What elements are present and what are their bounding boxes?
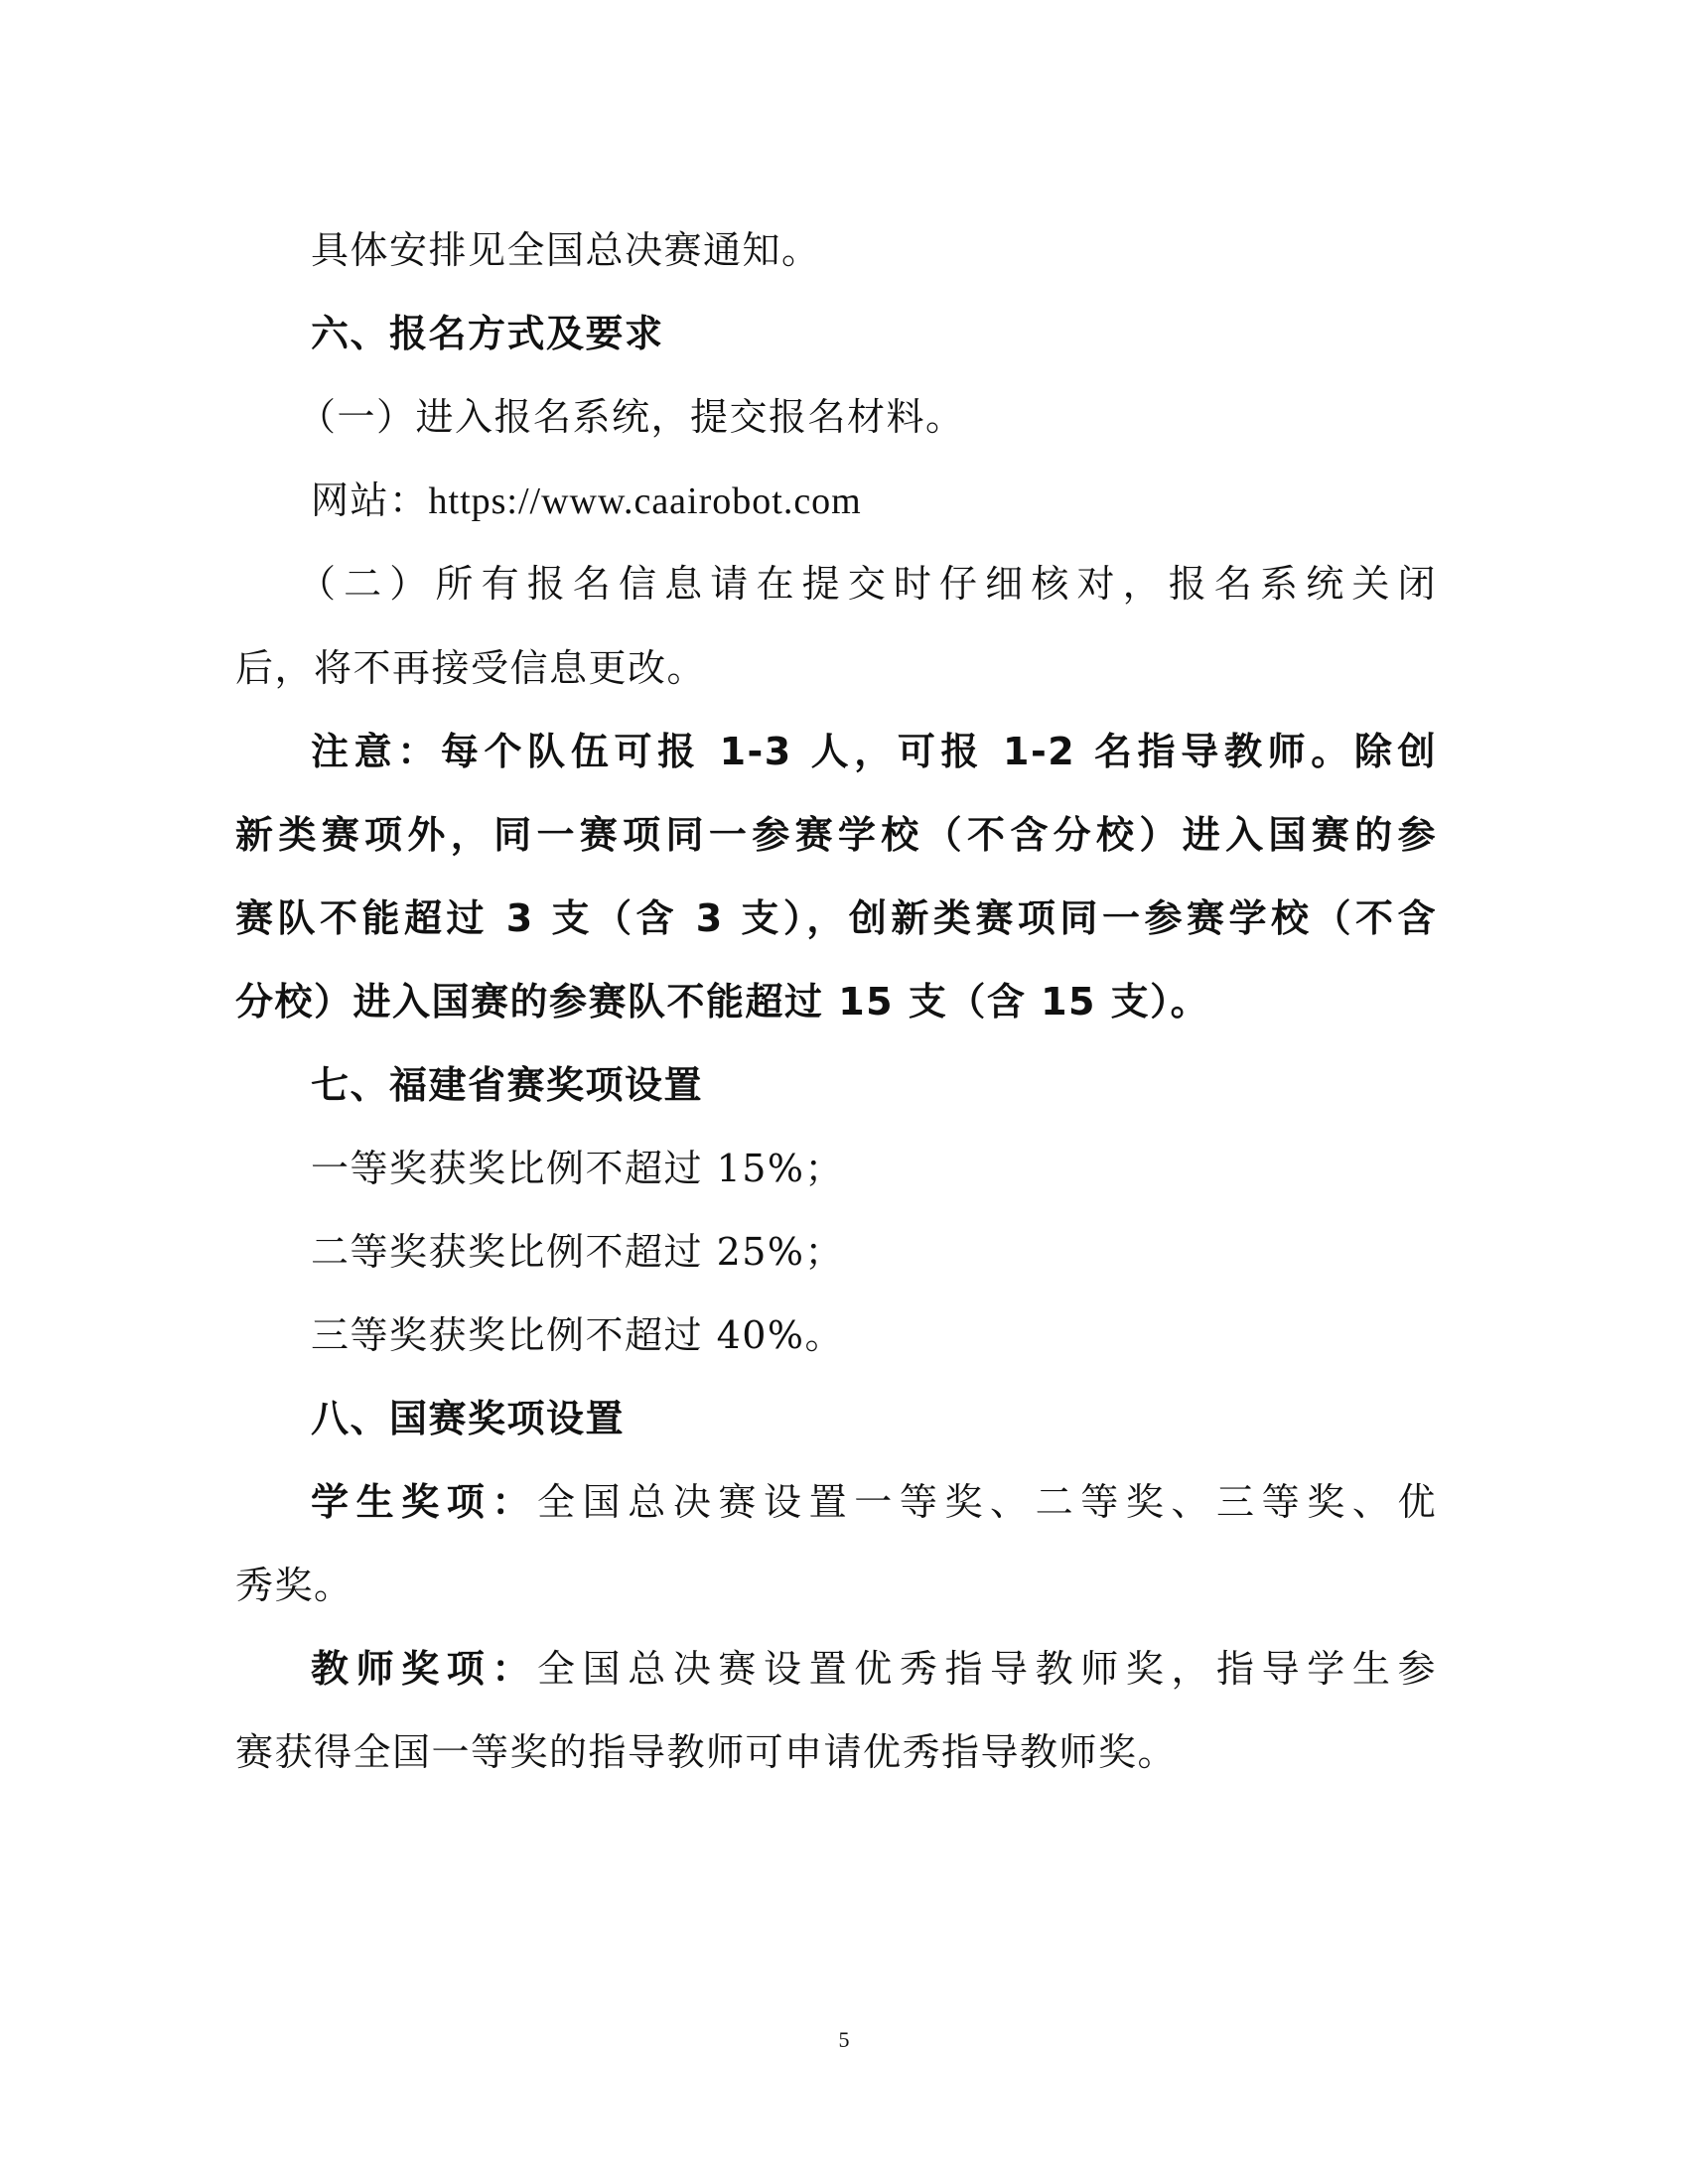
teacher-awards-line-2: 赛获得全国一等奖的指导教师可申请优秀指导教师奖。	[235, 1710, 1437, 1794]
student-awards-line-2: 秀奖。	[235, 1544, 1437, 1627]
teacher-awards-line-1: 教师奖项：全国总决赛设置优秀指导教师奖，指导学生参	[311, 1627, 1437, 1710]
section-heading-6: 六、报名方式及要求	[311, 292, 1437, 375]
paragraph-registration-step-2-line-2: 后，将不再接受信息更改。	[235, 626, 1437, 710]
student-awards-text: 全国总决赛设置一等奖、二等奖、三等奖、优	[537, 1480, 1437, 1524]
note-line-2: 新类赛项外，同一赛项同一参赛学校（不含分校）进入国赛的参	[235, 793, 1437, 877]
student-awards-label: 学生奖项：	[311, 1480, 537, 1524]
student-awards-line-1: 学生奖项：全国总决赛设置一等奖、二等奖、三等奖、优	[311, 1460, 1437, 1544]
website-label: 网站：	[311, 478, 429, 522]
teacher-awards-text: 全国总决赛设置优秀指导教师奖，指导学生参	[537, 1647, 1437, 1691]
section-heading-7: 七、福建省赛奖项设置	[311, 1043, 1437, 1127]
award-ratio-third: 三等奖获奖比例不超过 40%。	[311, 1294, 1437, 1377]
page-number: 5	[824, 2025, 864, 2055]
section-heading-8: 八、国赛奖项设置	[311, 1377, 1437, 1460]
paragraph-final-notice: 具体安排见全国总决赛通知。	[311, 208, 1437, 292]
award-ratio-second: 二等奖获奖比例不超过 25%；	[311, 1210, 1437, 1294]
note-line-4: 分校）进入国赛的参赛队不能超过 15 支（含 15 支）。	[235, 960, 1437, 1043]
note-line-3: 赛队不能超过 3 支（含 3 支），创新类赛项同一参赛学校（不含	[235, 877, 1437, 960]
teacher-awards-label: 教师奖项：	[311, 1647, 537, 1691]
paragraph-website: 网站：https://www.caairobot.com	[311, 459, 1437, 542]
paragraph-registration-step-2-line-1: （二）所有报名信息请在提交时仔细核对，报名系统关闭	[298, 542, 1437, 625]
document-page: 具体安排见全国总决赛通知。 六、报名方式及要求 （一）进入报名系统，提交报名材料…	[0, 0, 1688, 2184]
award-ratio-first: 一等奖获奖比例不超过 15%；	[311, 1127, 1437, 1210]
website-link[interactable]: https://www.caairobot.com	[429, 480, 862, 522]
paragraph-registration-step-1: （一）进入报名系统，提交报名材料。	[298, 375, 1424, 459]
note-line-1: 注意：每个队伍可报 1-3 人，可报 1-2 名指导教师。除创	[311, 710, 1437, 793]
